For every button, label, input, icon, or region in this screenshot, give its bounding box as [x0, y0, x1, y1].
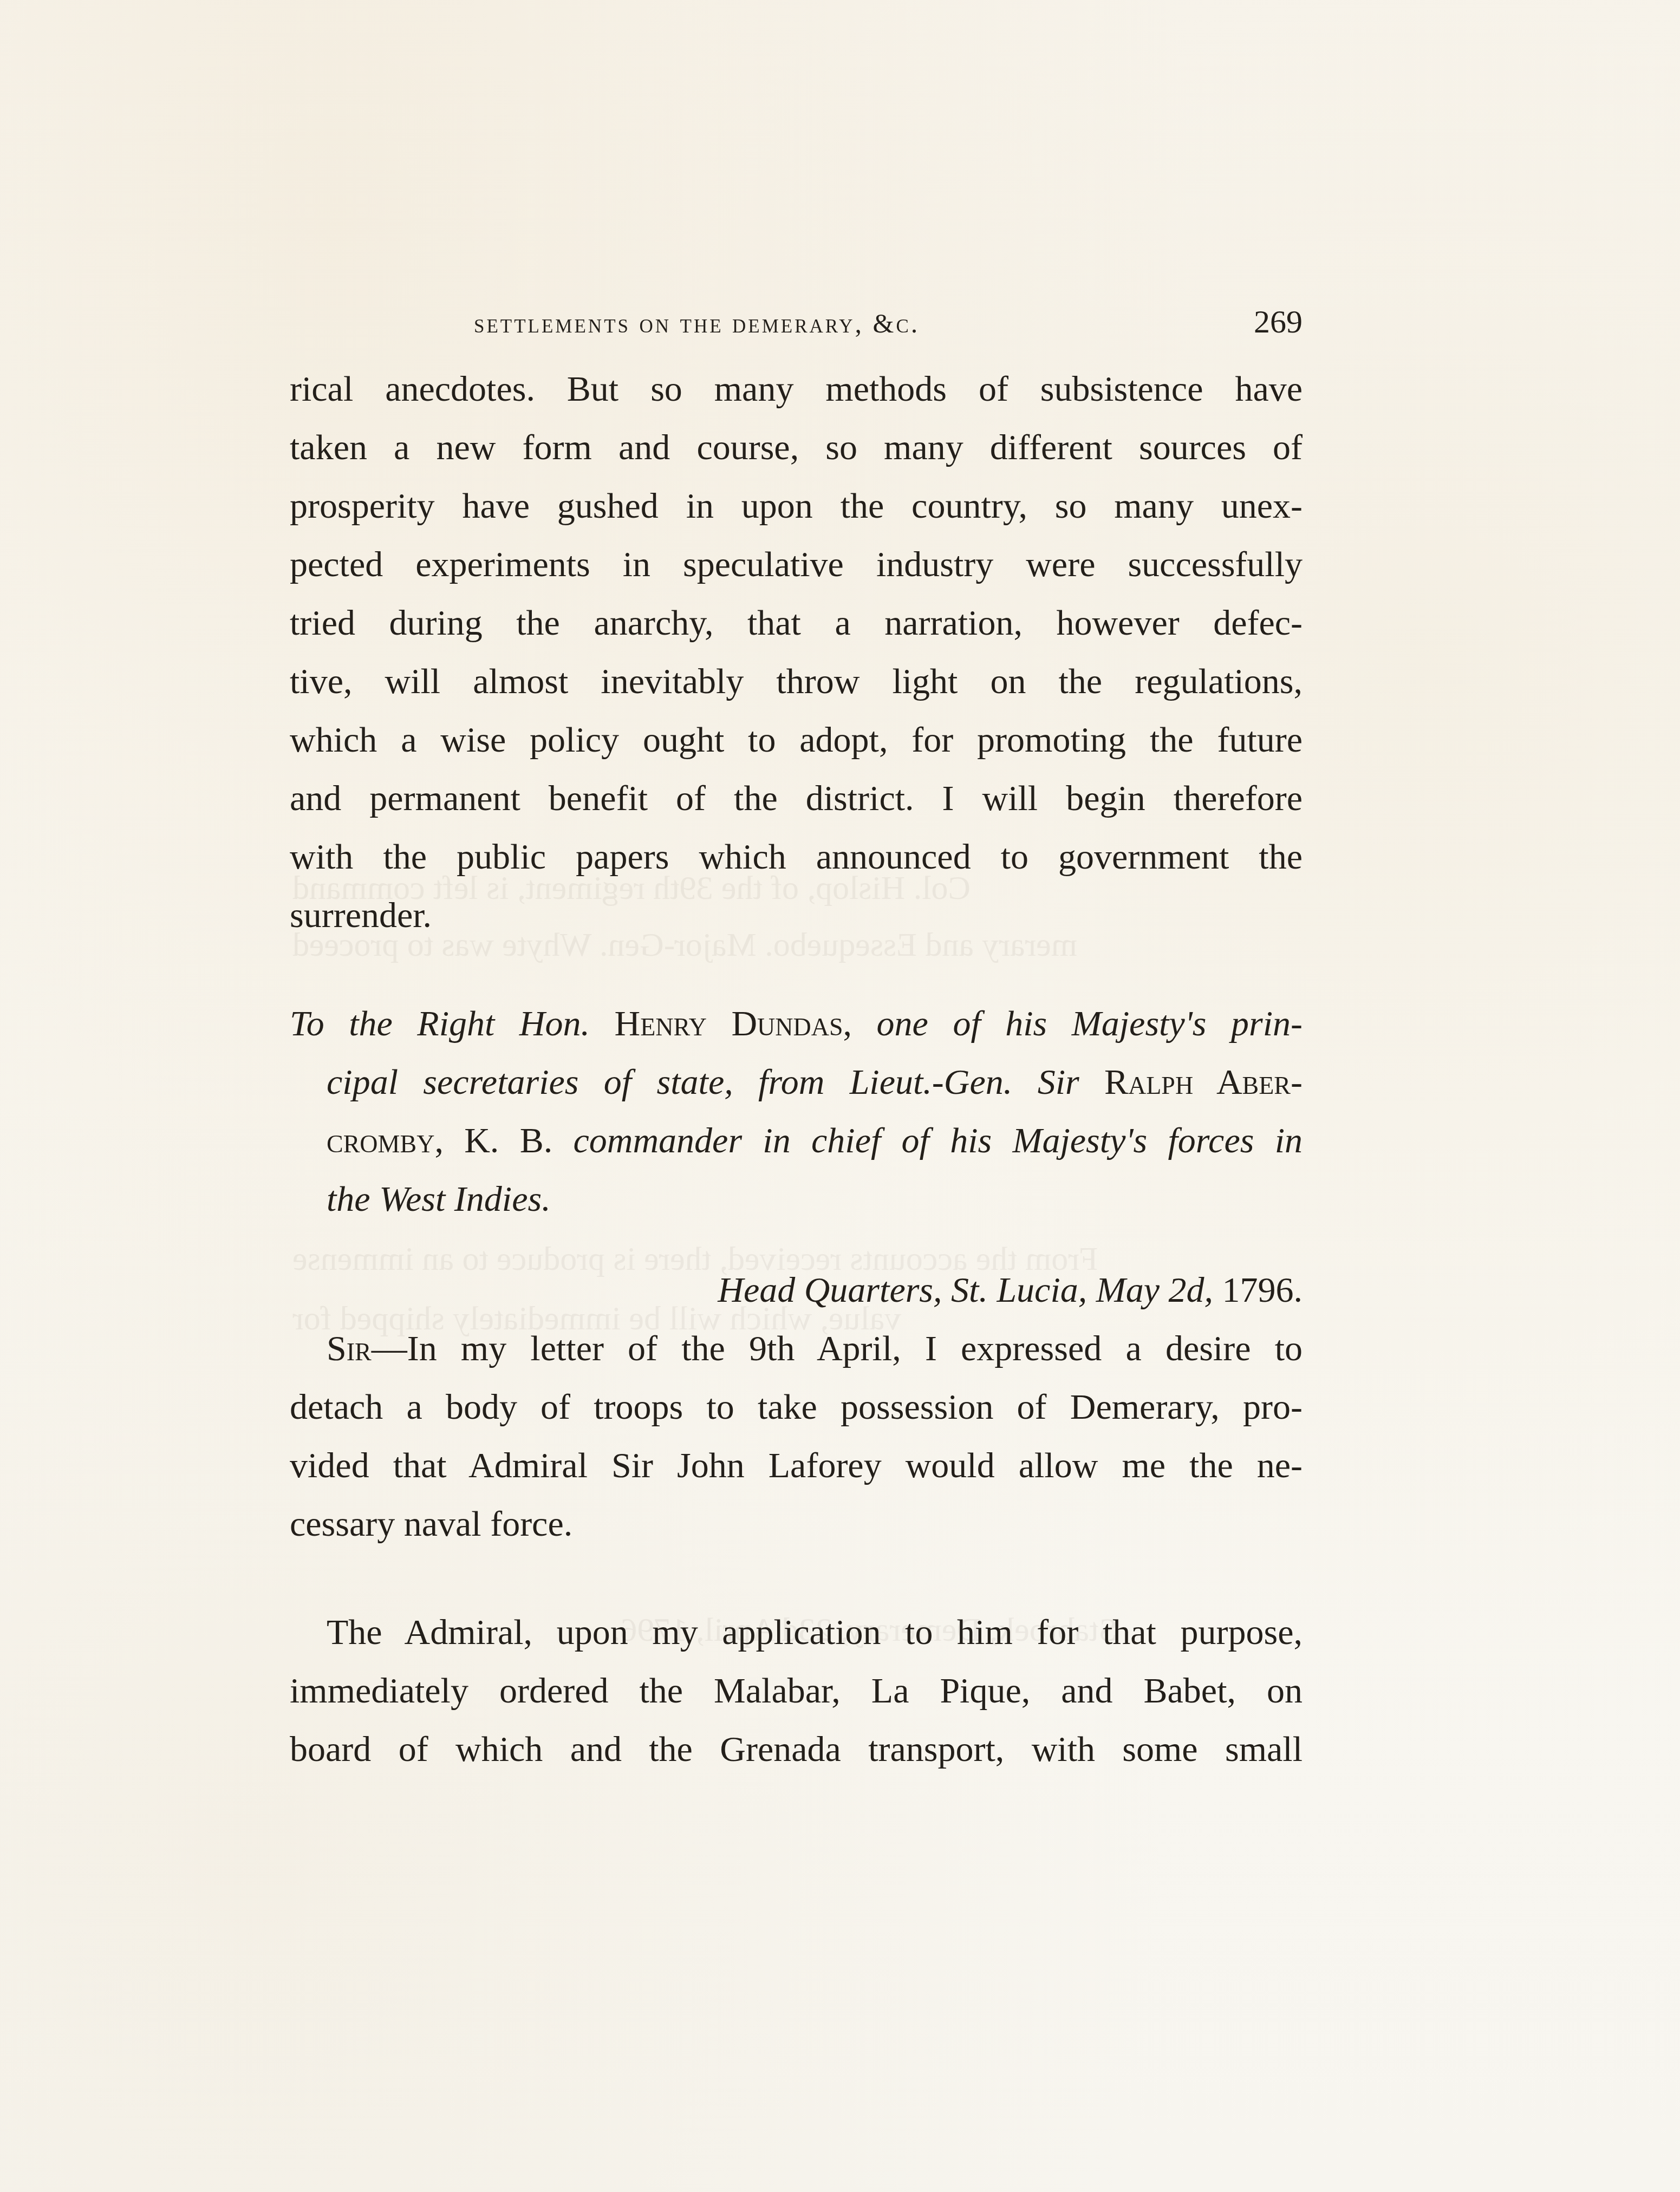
paragraph-narrative: rical anecdotes. But so many methods of … [290, 360, 1303, 945]
address-prefix: To the Right Hon. [290, 1004, 590, 1043]
text-line: which a wise policy ought to adopt, for … [290, 711, 1303, 769]
address-line: the West Indies. [290, 1170, 1303, 1229]
salutation: Sir [327, 1329, 372, 1368]
letter-address: To the Right Hon. Henry Dundas, one of h… [290, 995, 1303, 1229]
sender-name-cont: cromby, K. B. [327, 1121, 552, 1160]
book-page: Col. Hislop, of the 39th regiment, is le… [0, 0, 1680, 2192]
text-line: Sir—In my letter of the 9th April, I exp… [290, 1320, 1303, 1378]
address-line: cipal secretaries of state, from Lieut.-… [290, 1053, 1303, 1112]
letter-paragraph: The Admiral, upon my application to him … [290, 1603, 1303, 1779]
text-line: pected experiments in speculative indust… [290, 536, 1303, 594]
text-line: board of which and the Grenada transport… [290, 1720, 1303, 1779]
sender-name: Ralph Aber- [1104, 1062, 1303, 1102]
running-head: Settlements on the Demerary, &c. 269 [290, 303, 1303, 347]
recipient-title-cont: cipal secretaries of state, from Lieut.-… [327, 1062, 1079, 1102]
dateline-place: Head Quarters, St. Lucia, May 2d, [718, 1270, 1213, 1310]
sender-title: commander in chief of his Majesty's forc… [573, 1121, 1303, 1160]
text-line: tive, will almost inevitably throw light… [290, 653, 1303, 711]
running-title: Settlements on the Demerary, &c. [474, 308, 920, 339]
text-line: immediately ordered the Malabar, La Piqu… [290, 1662, 1303, 1720]
text-line: tried during the anarchy, that a narrati… [290, 594, 1303, 653]
text-line: cessary naval force. [290, 1495, 1303, 1554]
text-line: prosperity have gushed in upon the count… [290, 477, 1303, 536]
text-line: with the public papers which announced t… [290, 828, 1303, 886]
recipient-title: one of his Majesty's prin- [877, 1004, 1303, 1043]
address-line: cromby, K. B. commander in chief of his … [290, 1112, 1303, 1170]
text-block: rical anecdotes. But so many methods of … [290, 360, 1303, 1779]
text-line: taken a new form and course, so many dif… [290, 419, 1303, 477]
address-line: To the Right Hon. Henry Dundas, one of h… [290, 995, 1303, 1053]
dateline: Head Quarters, St. Lucia, May 2d, 1796. [290, 1261, 1303, 1320]
recipient-name: Henry Dundas, [615, 1004, 852, 1043]
text-line: vided that Admiral Sir John Laforey woul… [290, 1437, 1303, 1495]
letter-paragraph: Sir—In my letter of the 9th April, I exp… [290, 1320, 1303, 1554]
spacer [290, 1229, 1303, 1261]
text-line: The Admiral, upon my application to him … [290, 1603, 1303, 1662]
dateline-year: 1796. [1222, 1270, 1303, 1310]
text-line: surrender. [290, 886, 1303, 945]
text-line: detach a body of troops to take possessi… [290, 1378, 1303, 1437]
spacer [290, 1554, 1303, 1603]
page-number: 269 [1254, 303, 1303, 341]
text-line: rical anecdotes. But so many methods of … [290, 360, 1303, 419]
text-run: —In my letter of the 9th April, I expres… [372, 1329, 1303, 1368]
spacer [290, 945, 1303, 995]
text-line: and permanent benefit of the district. I… [290, 769, 1303, 828]
